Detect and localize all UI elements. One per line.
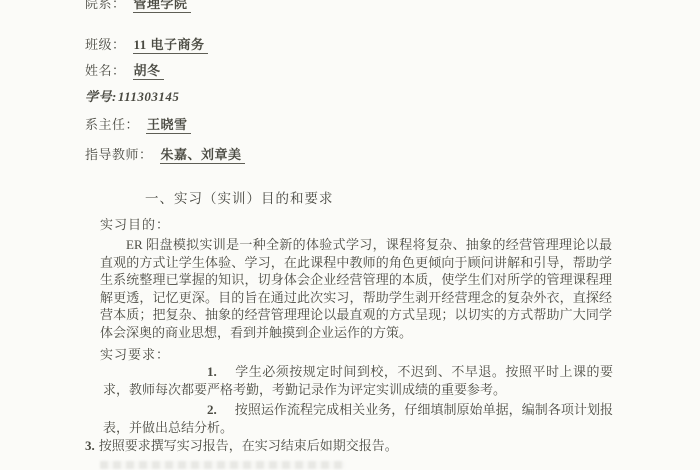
field-advisors-value: 朱嘉、刘章美 xyxy=(160,147,245,164)
section-heading: 一、实习（实训）目的和要求 xyxy=(145,187,334,207)
requirement-item-2: 2.按照运作流程完成相关业务，仔细填制原始单据，编制各项计划报表，并做出总结分析… xyxy=(103,401,613,436)
field-advisors-label: 指导教师： xyxy=(85,147,153,162)
purpose-label: 实习目的： xyxy=(100,214,170,233)
document-page: 院系：管理学院 班级：11 电子商务 姓名：胡冬 学号:111303145 系主… xyxy=(0,0,700,470)
requirement-item-3: 3.按照要求撰写实习报告，在实习结束后如期交报告。 xyxy=(85,437,613,455)
field-dept-head: 系主任：王晓雪 xyxy=(85,117,191,132)
field-department-label: 院系： xyxy=(85,0,126,11)
field-department: 院系：管理学院 xyxy=(85,0,191,11)
cut-off-text-line xyxy=(100,461,345,469)
field-student-id-value: 111303145 xyxy=(118,89,180,104)
field-class: 班级：11 电子商务 xyxy=(85,37,208,52)
field-name-value: 胡冬 xyxy=(133,63,164,80)
purpose-paragraph: ER 阳盘模拟实训是一种全新的体验式学习，课程将复杂、抽象的经营管理理论以最直观… xyxy=(100,236,612,341)
field-class-label: 班级： xyxy=(85,37,126,52)
requirement-item-1-text: 学生必须按规定时间到校，不迟到、不早退。按照平时上课的要求，教师每次都要严格考勤… xyxy=(103,364,613,397)
requirement-item-1: 1.学生必须按规定时间到校，不迟到、不早退。按照平时上课的要求，教师每次都要严格… xyxy=(103,363,613,398)
field-name: 姓名：胡冬 xyxy=(85,63,164,78)
field-advisors: 指导教师：朱嘉、刘章美 xyxy=(85,147,245,162)
field-dept-head-value: 王晓雪 xyxy=(146,117,191,134)
requirement-item-1-number: 1. xyxy=(207,364,217,379)
field-department-value: 管理学院 xyxy=(133,0,191,13)
requirement-item-3-text: 按照要求撰写实习报告，在实习结束后如期交报告。 xyxy=(99,438,398,453)
field-class-value: 11 电子商务 xyxy=(133,37,208,54)
field-student-id: 学号:111303145 xyxy=(85,89,179,104)
requirement-item-3-number: 3. xyxy=(85,438,95,453)
requirement-item-2-number: 2. xyxy=(207,402,217,417)
field-student-id-label: 学号: xyxy=(85,89,117,104)
field-dept-head-label: 系主任： xyxy=(85,117,139,132)
field-name-label: 姓名： xyxy=(85,63,126,78)
requirement-item-2-text: 按照运作流程完成相关业务，仔细填制原始单据，编制各项计划报表，并做出总结分析。 xyxy=(103,402,613,435)
requirements-label: 实习要求： xyxy=(100,344,170,363)
